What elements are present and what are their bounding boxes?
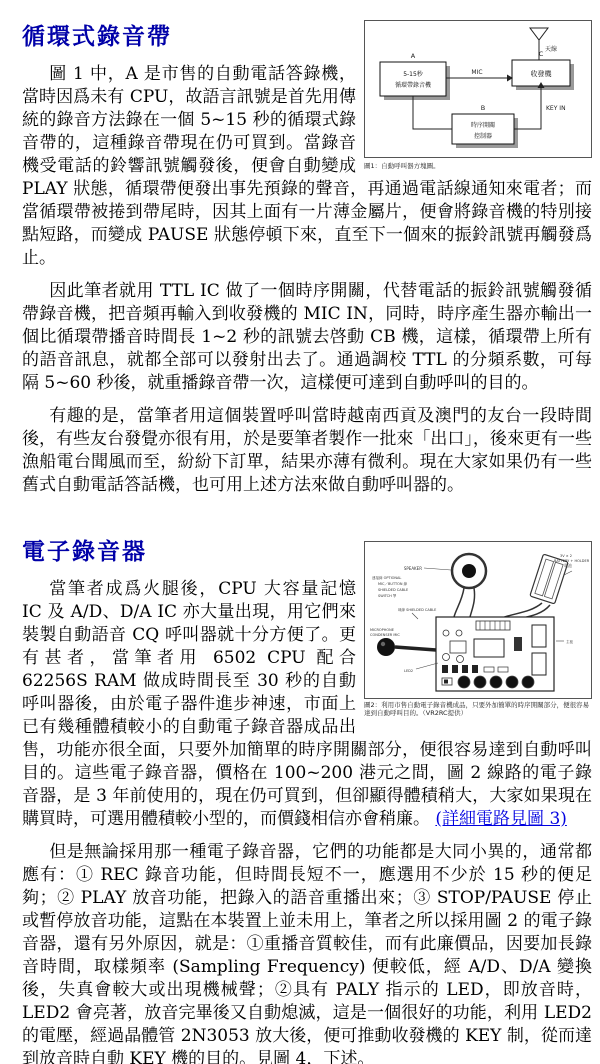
fig1-box-b-line2: 控制器	[474, 132, 492, 140]
figure2-caption: 圖2：利用市售自動電子錄音機成品，只要外加簡單的時序開關部分，便很容易達到自動呼…	[364, 701, 592, 718]
section1-paragraph-3: 有趣的是，當筆者用這個裝置呼叫當時越南西貢及澳門的友台一段時間後，有些友台發覺亦…	[22, 405, 592, 497]
fig1-mic-label: MIC	[471, 69, 482, 76]
fig1-box-c-text: 收發機	[531, 69, 553, 78]
fig1-box-b-tag: B	[481, 104, 485, 112]
battery-label-1: 3V × 2	[560, 554, 572, 558]
board-label: 主板	[566, 639, 574, 644]
document-page: 天線 C 收發機 A 5-15秒 循環帶錄音機	[0, 0, 600, 1064]
antenna-label: 天線	[545, 45, 557, 53]
led-label: LED2	[404, 669, 413, 673]
microphone-label-1: MICROPHONE	[370, 628, 394, 632]
fig1-box-c-tag: C	[539, 50, 544, 58]
figure2-recorder-photo: SPEAKER 3V × 2 BATTERY + HOLDER 電池	[364, 541, 592, 699]
section1-paragraph-2: 因此筆者就用 TTL IC 做了一個時序開關，代替電話的振鈴訊號觸發循帶錄音機，…	[22, 280, 592, 395]
speaker-label: SPEAKER	[404, 566, 422, 571]
figure1-caption: 圖1：自動呼叫器方塊圖。	[364, 162, 592, 170]
fig1-keyin-label: KEY IN	[546, 105, 566, 112]
options-line-2: MIC／BUTTON 線	[378, 581, 408, 586]
figure1: 天線 C 收發機 A 5-15秒 循環帶錄音機	[364, 20, 592, 170]
section2-paragraph-2: 但是無論採用那一種電子錄音器，它們的功能都是大同小異的，通常都應有：① REC …	[22, 841, 592, 1064]
section-loop-tape: 天線 C 收發機 A 5-15秒 循環帶錄音機	[22, 18, 592, 497]
options-line-1: 連接線 OPTIONAL	[372, 575, 401, 580]
fig1-box-a-tag: A	[411, 52, 416, 60]
fig1-box-a-line1: 5-15秒	[403, 70, 424, 78]
figure1-block-diagram: 天線 C 收發機 A 5-15秒 循環帶錄音機	[364, 20, 592, 160]
cable-label: 咪線 SHIELDED CABLE	[398, 607, 436, 612]
fig1-box-b-line1: 時序開關	[471, 121, 495, 129]
fig1-box-a-line2: 循環帶錄音機	[395, 81, 432, 89]
section-electronic-recorder: SPEAKER 3V × 2 BATTERY + HOLDER 電池	[22, 533, 592, 1064]
detail-circuit-figure3-link[interactable]: (詳細電路見圖 3)	[435, 809, 566, 829]
options-line-4: SWITCH 掣	[378, 593, 397, 598]
figure2: SPEAKER 3V × 2 BATTERY + HOLDER 電池	[364, 541, 592, 718]
options-line-3: SHIELDED CABLE	[378, 588, 408, 592]
microphone-label-2: CONDENSER MIC	[370, 633, 400, 637]
battery-label-3: 電池	[564, 562, 572, 568]
